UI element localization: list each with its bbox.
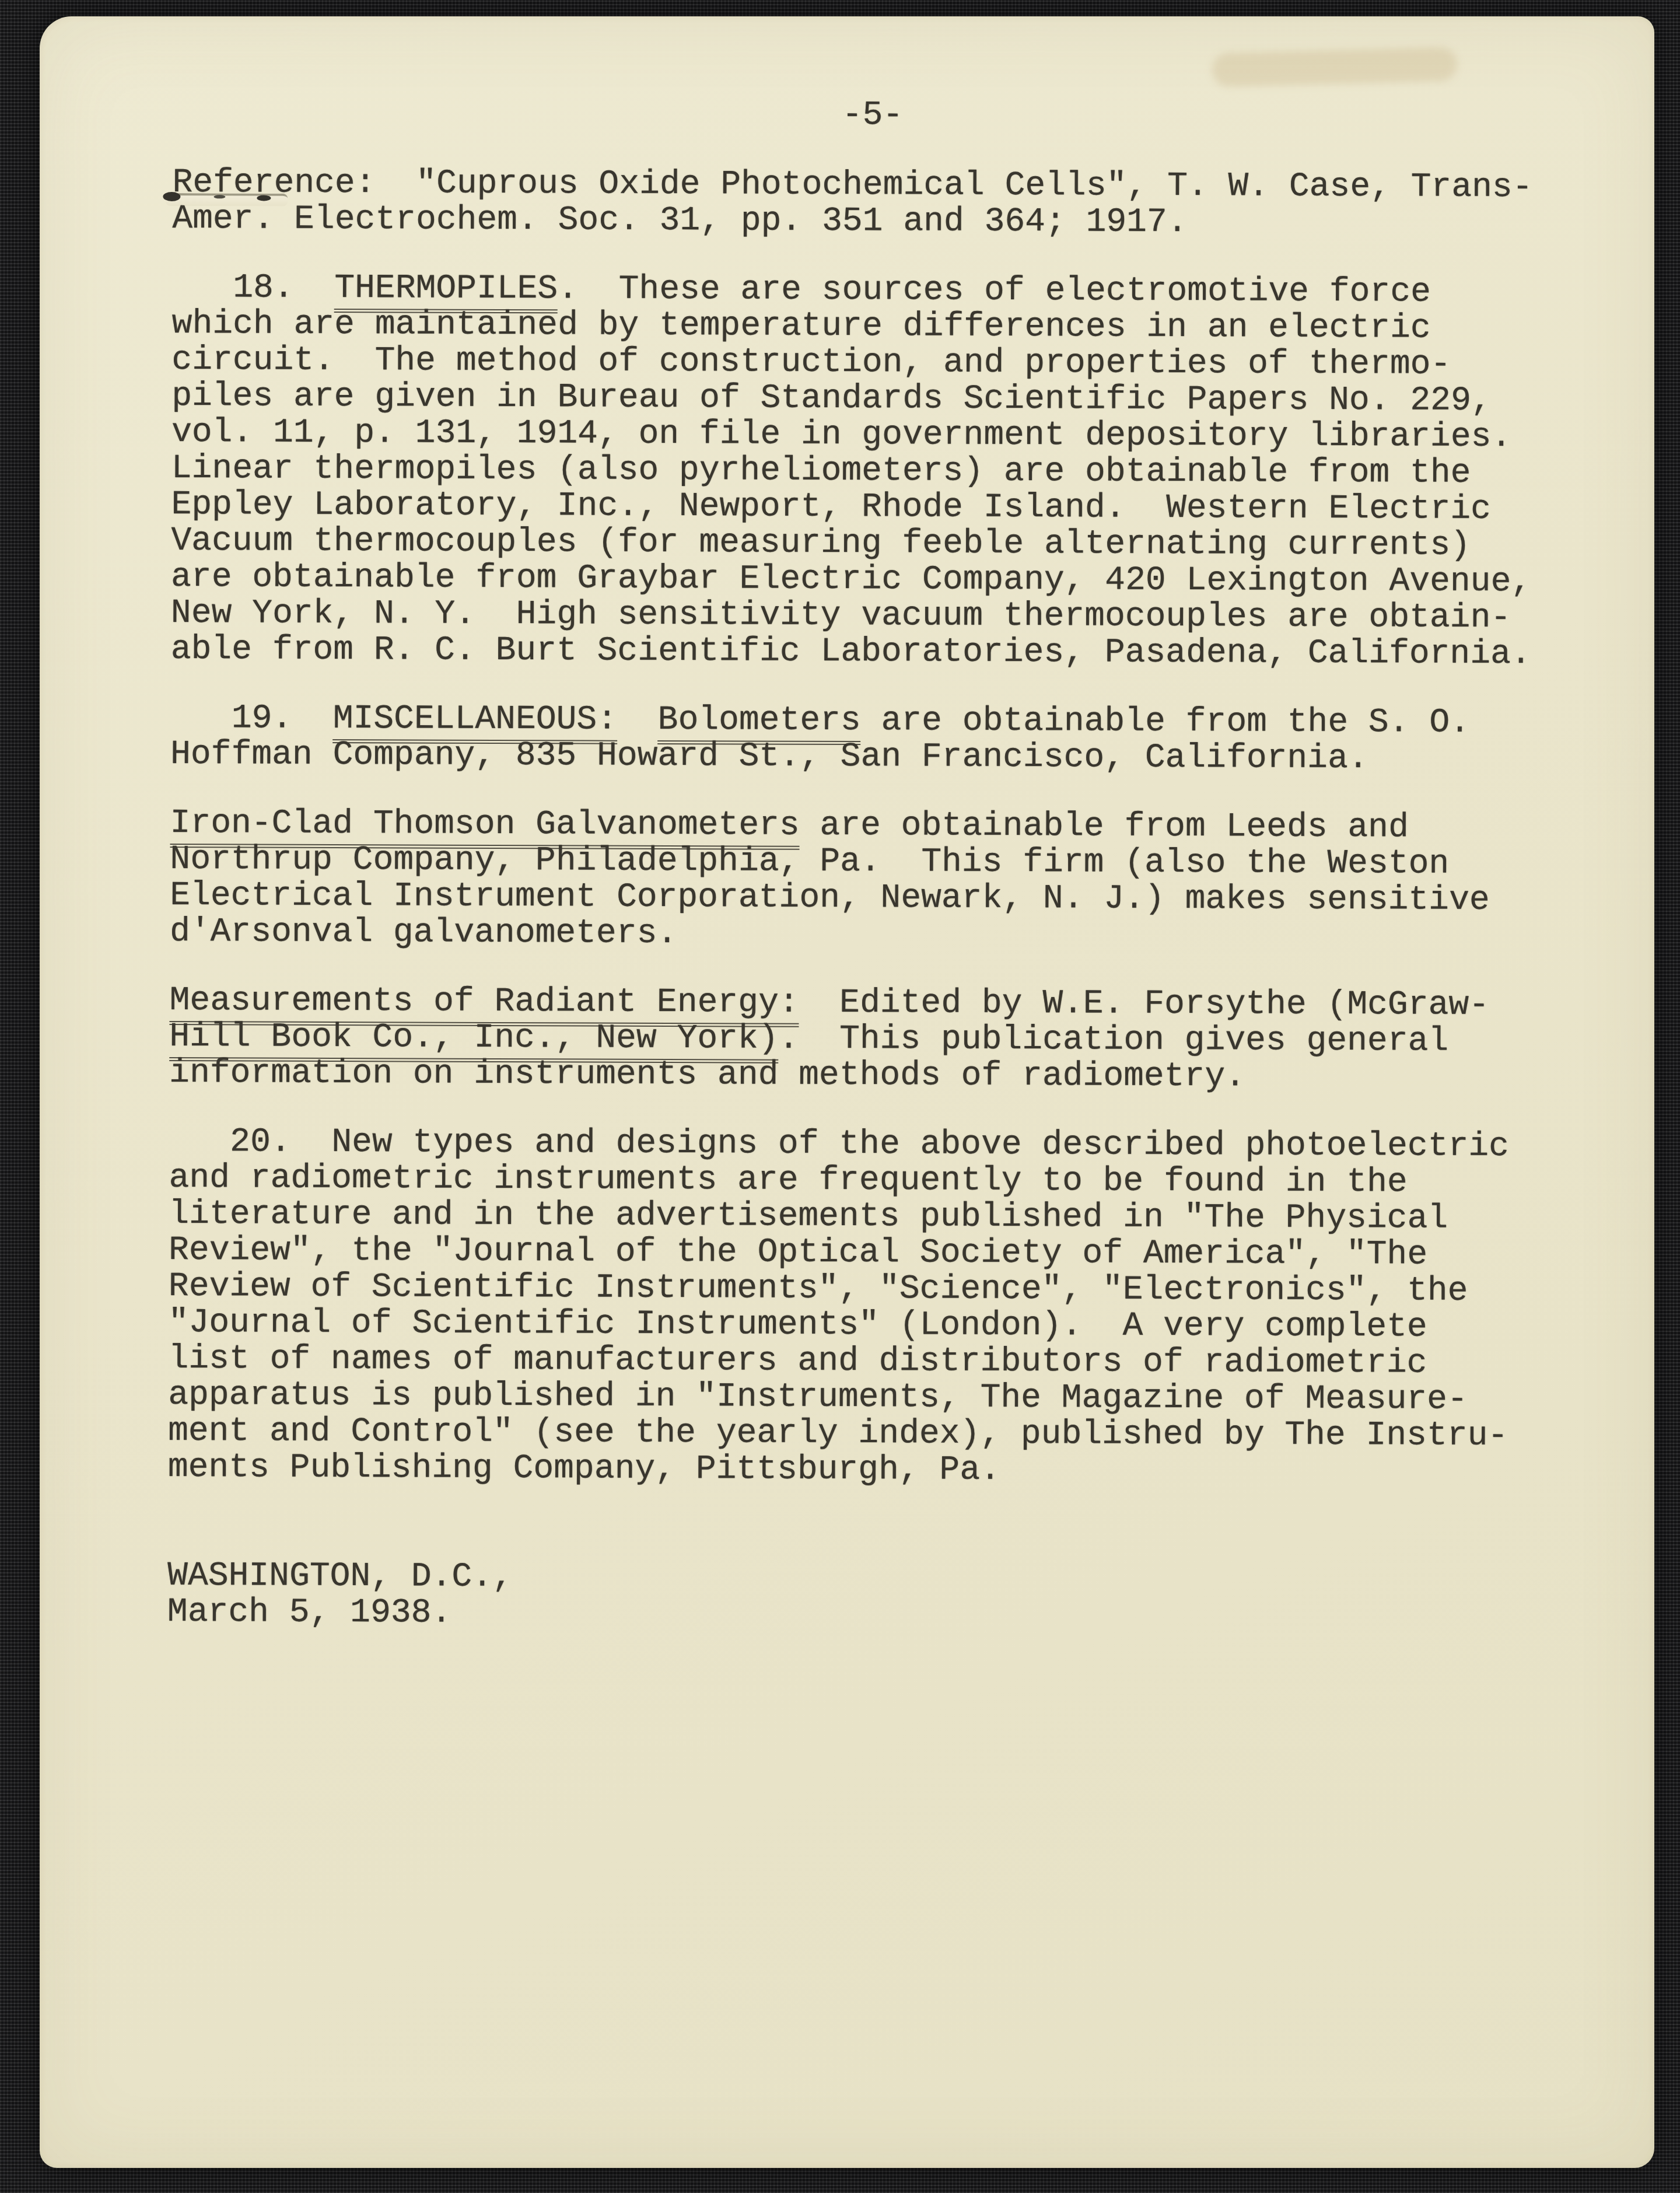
paragraph-iron-clad-galvanometers: Iron-Clad Thomson Galvanometers are obta… bbox=[170, 806, 1570, 955]
text-run: . These are sources of electromotive for… bbox=[558, 270, 1431, 311]
document-line: list of names of manufacturers and distr… bbox=[168, 1341, 1568, 1382]
document-line: Review", the "Journal of the Optical Soc… bbox=[169, 1233, 1569, 1274]
text-run: are obtainable from Leeds and bbox=[800, 807, 1409, 847]
text-run: Edited by W.E. Forsythe (McGraw- bbox=[799, 984, 1489, 1024]
document-line: piles are given in Bureau of Standards S… bbox=[171, 379, 1571, 419]
text-run: Vacuum thermocouples (for measuring feeb… bbox=[171, 522, 1471, 565]
document-line: 20. New types and designs of the above d… bbox=[169, 1124, 1569, 1165]
text-run: 20. New types and designs of the above d… bbox=[169, 1123, 1509, 1166]
page-number: -5- bbox=[173, 95, 1573, 136]
document-line: Measurements of Radiant Energy: Edited b… bbox=[169, 983, 1569, 1024]
document-line: Vacuum thermocouples (for measuring feeb… bbox=[171, 523, 1571, 564]
text-run: apparatus is published in "Instruments, … bbox=[168, 1376, 1468, 1419]
document-line: literature and in the advertisements pub… bbox=[169, 1197, 1569, 1237]
document-line: 19. MISCELLANEOUS: Bolometers are obtain… bbox=[170, 701, 1570, 742]
paragraph-section-19-miscellaneous: 19. MISCELLANEOUS: Bolometers are obtain… bbox=[170, 701, 1570, 778]
text-run: vol. 11, p. 131, 1914, on file in govern… bbox=[171, 414, 1511, 456]
text-run: information on instruments and methods o… bbox=[169, 1054, 1245, 1096]
text-run bbox=[617, 701, 658, 739]
paper-page: -5- Reference: "Cuprous Oxide Photochemi… bbox=[40, 16, 1654, 2168]
document-line: circuit. The method of construction, and… bbox=[171, 342, 1571, 383]
document-line: ment and Control" (see the yearly index)… bbox=[168, 1414, 1568, 1454]
document-line: Iron-Clad Thomson Galvanometers are obta… bbox=[170, 806, 1570, 847]
text-run: Electrochem. Soc. 31, pp. 351 and 364; 1… bbox=[274, 201, 1187, 242]
document-line: Review of Scientific Instruments", "Scie… bbox=[169, 1269, 1569, 1310]
text-run: ment and Control" (see the yearly index)… bbox=[168, 1412, 1508, 1455]
document-line: which are maintained by temperature diff… bbox=[172, 306, 1572, 347]
text-run: literature and in the advertisements pub… bbox=[169, 1195, 1448, 1238]
text-run: "Journal of Scientific Instruments" (Lon… bbox=[169, 1304, 1427, 1346]
scan-backdrop: -5- Reference: "Cuprous Oxide Photochemi… bbox=[0, 0, 1680, 2193]
document-line: WASHINGTON, D.C., bbox=[167, 1558, 1567, 1599]
document-line: Eppley Laboratory, Inc., Newport, Rhode … bbox=[171, 487, 1571, 528]
paragraph-measurements-of-radiant-energy: Measurements of Radiant Energy: Edited b… bbox=[169, 983, 1570, 1096]
text-run: 19. bbox=[170, 699, 333, 738]
document-line: Reference: "Cuprous Oxide Photochemical … bbox=[172, 165, 1572, 206]
text-run: WASHINGTON, D.C., bbox=[167, 1557, 513, 1596]
document-line: are obtainable from Graybar Electric Com… bbox=[171, 559, 1571, 600]
text-run: circuit. The method of construction, and… bbox=[171, 341, 1451, 384]
text-run: March 5, 1938. bbox=[167, 1593, 452, 1632]
text-run: ments Publishing Company, Pittsburgh, Pa… bbox=[168, 1449, 1000, 1489]
document-line: New York, N. Y. High sensitivity vacuum … bbox=[171, 596, 1571, 636]
document-line: vol. 11, p. 131, 1914, on file in govern… bbox=[171, 415, 1571, 456]
tape-stain bbox=[1212, 47, 1457, 88]
document-line: able from R. C. Burt Scientific Laborato… bbox=[171, 632, 1571, 673]
document-line: d'Arsonval galvanometers. bbox=[170, 914, 1570, 955]
document-line: apparatus is published in "Instruments, … bbox=[168, 1377, 1568, 1418]
text-run: and radiometric instruments are frequent… bbox=[169, 1159, 1407, 1201]
document-line: and radiometric instruments are frequent… bbox=[169, 1160, 1569, 1201]
document-line: Linear thermopiles (also pyrheliometers)… bbox=[171, 451, 1571, 492]
text-run: able from R. C. Burt Scientific Laborato… bbox=[171, 631, 1531, 673]
text-run: are obtainable from the S. O. bbox=[861, 702, 1470, 742]
text-flow: -5- Reference: "Cuprous Oxide Photochemi… bbox=[167, 95, 1573, 1668]
text-run: Reference: "Cuprous Oxide Photochemical … bbox=[172, 164, 1532, 207]
text-run: . This publication gives general bbox=[778, 1020, 1448, 1061]
document-line: information on instruments and methods o… bbox=[169, 1055, 1569, 1096]
corrected-word: Amer. bbox=[172, 200, 274, 239]
text-run: Hoffman Company, 835 Howard St., San Fra… bbox=[170, 736, 1368, 778]
text-run: Linear thermopiles (also pyrheliometers)… bbox=[171, 450, 1471, 492]
document-line: Amer. Electrochem. Soc. 31, pp. 351 and … bbox=[172, 201, 1572, 242]
text-run: which are maintained by temperature diff… bbox=[172, 305, 1431, 348]
document-line: ments Publishing Company, Pittsburgh, Pa… bbox=[168, 1450, 1568, 1491]
paragraph-reference: Reference: "Cuprous Oxide Photochemical … bbox=[172, 165, 1572, 242]
paragraph-section-18-thermopiles: 18. THERMOPILES. These are sources of el… bbox=[171, 270, 1572, 673]
text-run: list of names of manufacturers and distr… bbox=[168, 1340, 1427, 1383]
document-line: Hoffman Company, 835 Howard St., San Fra… bbox=[170, 737, 1570, 778]
document-line: Electrical Instrument Corporation, Newar… bbox=[170, 878, 1570, 919]
text-run: Review", the "Journal of the Optical Soc… bbox=[169, 1232, 1427, 1274]
text-run: 18. bbox=[172, 269, 335, 307]
paragraph-section-20-literature: 20. New types and designs of the above d… bbox=[168, 1124, 1569, 1491]
text-run: Eppley Laboratory, Inc., Newport, Rhode … bbox=[171, 486, 1491, 529]
text-run: d'Arsonval galvanometers. bbox=[170, 913, 677, 953]
document-line: Hill Book Co., Inc., New York). This pub… bbox=[169, 1019, 1569, 1060]
paragraph-dateline: WASHINGTON, D.C.,March 5, 1938. bbox=[167, 1558, 1567, 1635]
text-run: Electrical Instrument Corporation, Newar… bbox=[170, 877, 1490, 919]
text-run: are obtainable from Graybar Electric Com… bbox=[171, 558, 1531, 601]
text-run: piles are given in Bureau of Standards S… bbox=[171, 377, 1492, 420]
text-run: Review of Scientific Instruments", "Scie… bbox=[169, 1268, 1468, 1310]
text-run: Northrup Company, Philadelphia, Pa. This… bbox=[170, 841, 1449, 883]
text-run: New York, N. Y. High sensitivity vacuum … bbox=[171, 594, 1511, 637]
document-line: March 5, 1938. bbox=[167, 1594, 1567, 1635]
document-line: 18. THERMOPILES. These are sources of el… bbox=[172, 270, 1572, 311]
document-line: "Journal of Scientific Instruments" (Lon… bbox=[169, 1305, 1569, 1346]
document-line: Northrup Company, Philadelphia, Pa. This… bbox=[170, 842, 1570, 883]
